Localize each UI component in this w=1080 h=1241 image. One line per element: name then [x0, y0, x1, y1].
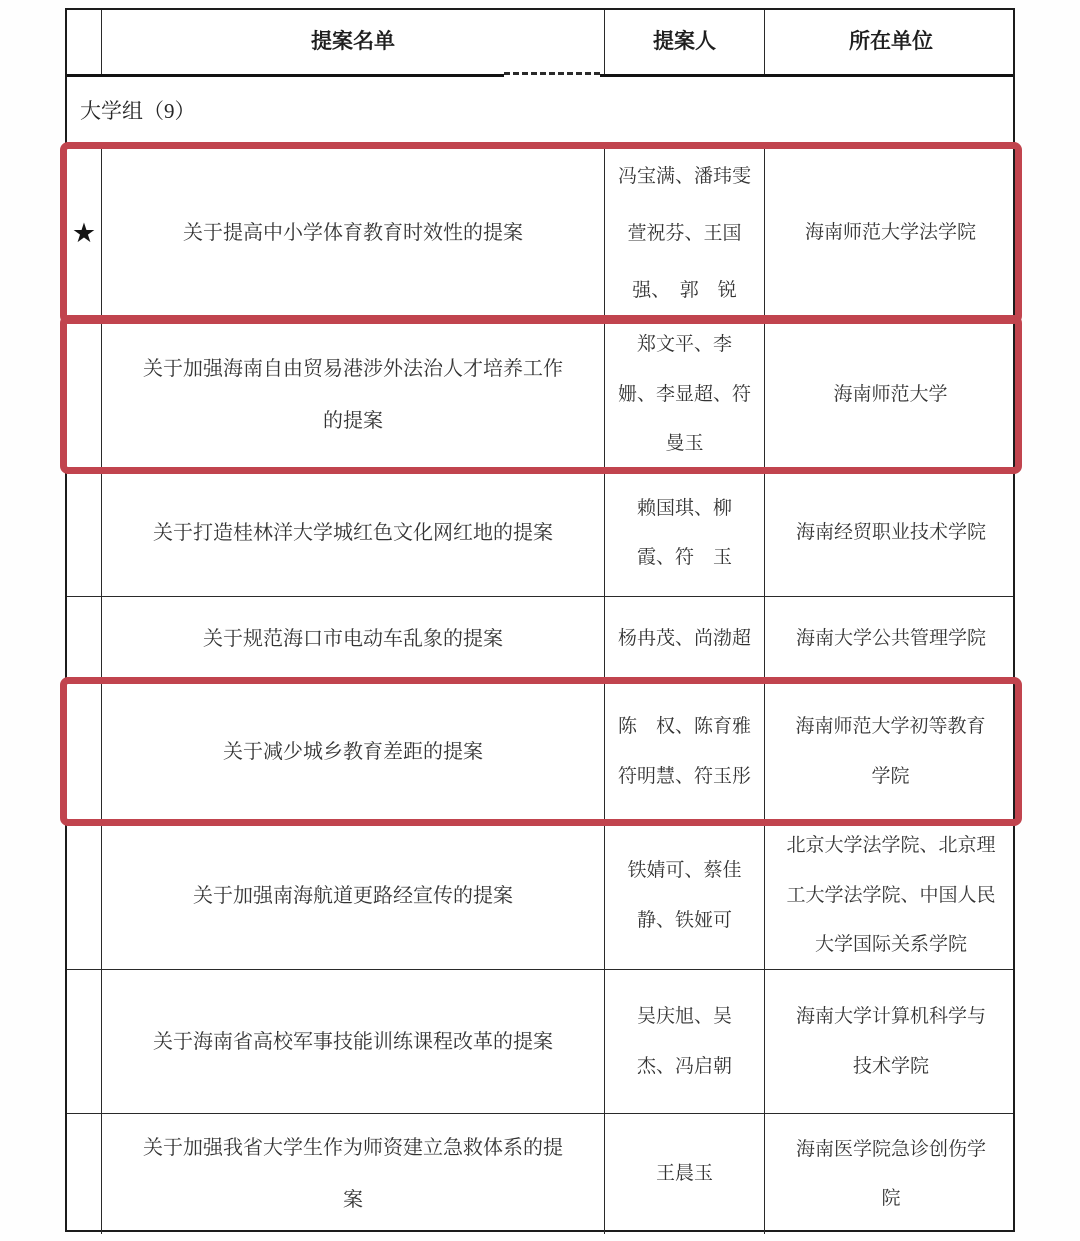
- star-cell: [67, 320, 102, 469]
- table-row: 关于规范海口市电动车乱象的提案 杨冉茂、尚渤超 海南大学公共管理学院: [67, 597, 1013, 682]
- proposer-names: 郑文平、李 姗、李显超、符 曼玉: [605, 320, 765, 469]
- table-row: 关于减少城乡教育差距的提案 陈 权、陈育雅 符明慧、符玉彤 海南师范大学初等教育…: [67, 682, 1013, 822]
- proposal-name: 关于加强南海航道更路经宣传的提案: [102, 822, 605, 969]
- proposal-name: 关于海南省高校军事技能训练课程改革的提案: [102, 970, 605, 1113]
- proposer-names: 吴庆旭、吴 杰、冯启朝: [605, 970, 765, 1113]
- star-cell: [67, 597, 102, 681]
- proposal-name: 关于加强海南自由贸易港涉外法治人才培养工作 的提案: [102, 320, 605, 469]
- unit-name: 海南大学公共管理学院: [765, 597, 1017, 681]
- table-row: 关于加强海南自由贸易港涉外法治人才培养工作 的提案 郑文平、李 姗、李显超、符 …: [67, 320, 1013, 470]
- unit-name: 海南师范大学初等教育 学院: [765, 682, 1017, 821]
- proposal-name: 关于打造桂林洋大学城红色文化网红地的提案: [102, 470, 605, 596]
- unit-name: 海南师范大学法学院: [765, 147, 1017, 319]
- star-icon: ★: [67, 147, 102, 319]
- section-label: 大学组（9）: [67, 77, 1013, 146]
- proposal-name: 关于减少城乡教育差距的提案: [102, 682, 605, 821]
- proposer-names: 冯宝满、潘玮雯 萱祝芬、王国 强、 郭 锐: [605, 147, 765, 319]
- table-row: 关于打造桂林洋大学城红色文化网红地的提案 赖国琪、柳 霞、符 玉 海南经贸职业技…: [67, 470, 1013, 597]
- header-proposer: 提案人: [605, 10, 765, 74]
- header-star-column: [67, 10, 102, 74]
- unit-name: 海南大学计算机科学与 技术学院: [765, 970, 1017, 1113]
- proposal-name: 关于提高中小学体育教育时效性的提案: [102, 147, 605, 319]
- table-row: 关于加强南海航道更路经宣传的提案 铁婧可、蔡佳 静、铁娅可 北京大学法学院、北京…: [67, 822, 1013, 970]
- star-cell: [67, 682, 102, 821]
- star-cell: [67, 822, 102, 969]
- unit-name: 北京大学法学院、北京理 工大学法学院、中国人民 大学国际关系学院: [765, 822, 1017, 969]
- proposal-table: 提案名单 提案人 所在单位 大学组（9） ★ 关于提高中小学体育教育时效性的提案…: [65, 8, 1015, 1232]
- proposer-names: 陈 权、陈育雅 符明慧、符玉彤: [605, 682, 765, 821]
- proposal-name: 关于加强我省大学生作为师资建立急救体系的提 案: [102, 1114, 605, 1234]
- proposer-names: 王晨玉: [605, 1114, 765, 1234]
- proposer-names: 杨冉茂、尚渤超: [605, 597, 765, 681]
- dashed-line-artifact: [504, 72, 600, 83]
- proposer-names: 赖国琪、柳 霞、符 玉: [605, 470, 765, 596]
- proposal-name: 关于规范海口市电动车乱象的提案: [102, 597, 605, 681]
- document-page: 提案名单 提案人 所在单位 大学组（9） ★ 关于提高中小学体育教育时效性的提案…: [0, 0, 1080, 1241]
- table-header-row: 提案名单 提案人 所在单位: [67, 10, 1013, 77]
- unit-name: 海南医学院急诊创伤学 院: [765, 1114, 1017, 1234]
- star-cell: [67, 970, 102, 1113]
- unit-name: 海南经贸职业技术学院: [765, 470, 1017, 596]
- section-row-university-group: 大学组（9）: [67, 77, 1013, 147]
- header-proposal-name: 提案名单: [102, 10, 605, 74]
- star-cell: [67, 470, 102, 596]
- header-unit: 所在单位: [765, 10, 1017, 74]
- table-row: ★ 关于提高中小学体育教育时效性的提案 冯宝满、潘玮雯 萱祝芬、王国 强、 郭 …: [67, 147, 1013, 320]
- unit-name: 海南师范大学: [765, 320, 1017, 469]
- star-cell: [67, 1114, 102, 1234]
- table-row: 关于海南省高校军事技能训练课程改革的提案 吴庆旭、吴 杰、冯启朝 海南大学计算机…: [67, 970, 1013, 1114]
- table-row: 关于加强我省大学生作为师资建立急救体系的提 案 王晨玉 海南医学院急诊创伤学 院: [67, 1114, 1013, 1234]
- proposer-names: 铁婧可、蔡佳 静、铁娅可: [605, 822, 765, 969]
